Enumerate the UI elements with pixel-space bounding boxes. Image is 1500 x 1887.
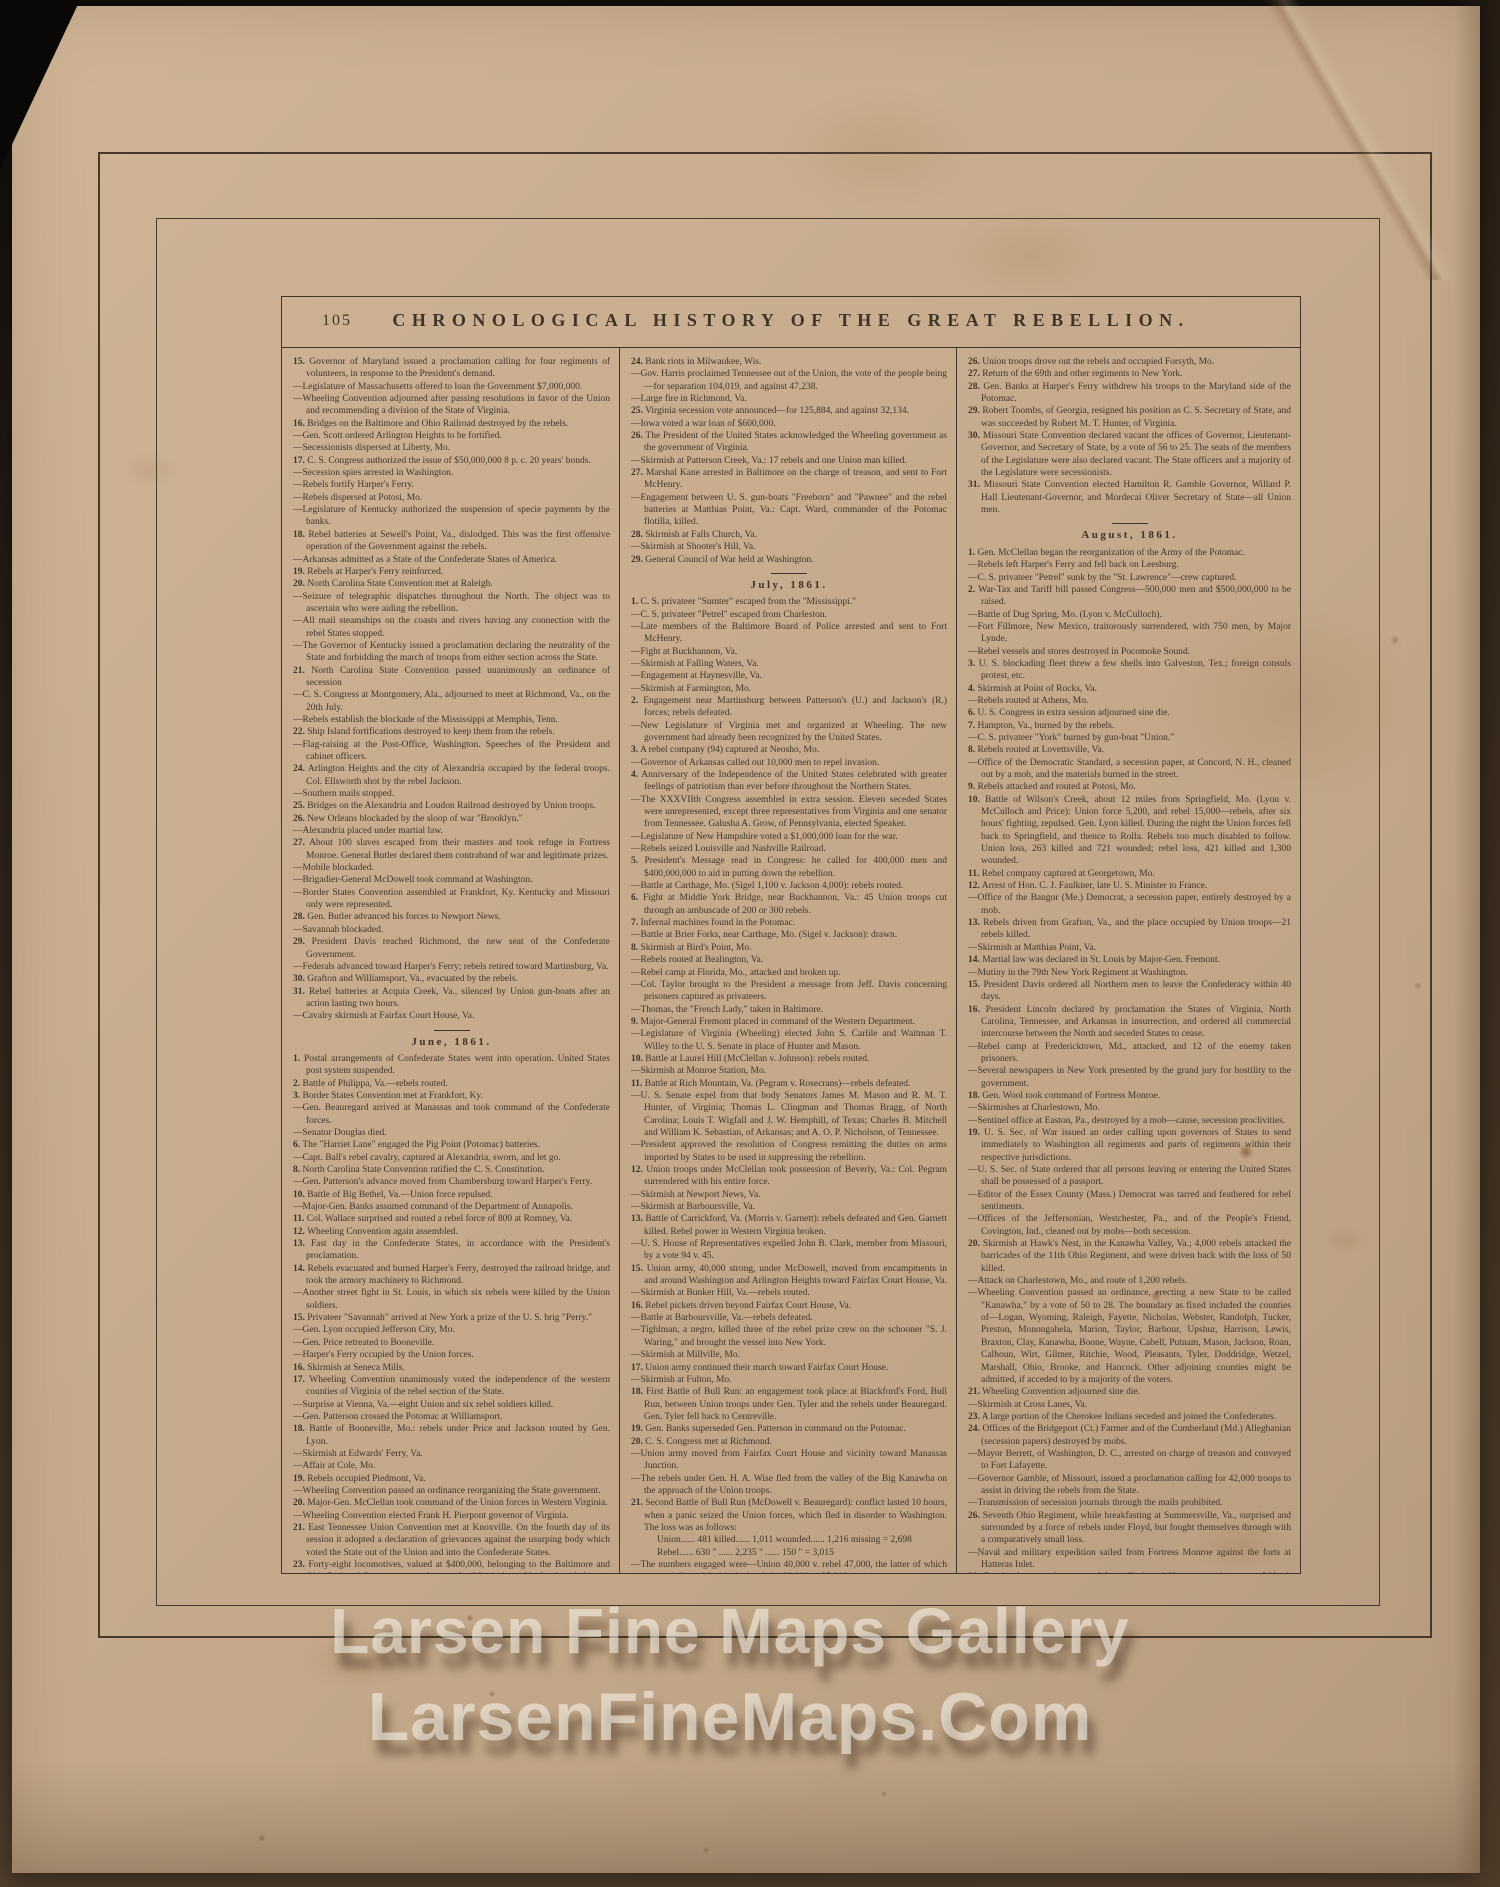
chronicle-entry: —Skirmish at Monroe Station, Mo. — [631, 1065, 947, 1077]
chronicle-entry: 10. Battle of Big Bethel, Va.—Union forc… — [293, 1189, 610, 1201]
chronicle-entry: —Mutiny in the 79th New York Regiment at… — [968, 967, 1291, 979]
chronicle-entry: 15. Privateer "Savannah" arrived at New … — [293, 1312, 610, 1324]
chronicle-entry: 5. President's Message read in Congress:… — [631, 855, 947, 880]
chronicle-entry: 10. Battle at Laurel Hill (McClellan v. … — [631, 1053, 947, 1065]
chronicle-entry: —C. S. Congress at Montgomery, Ala., adj… — [293, 689, 610, 714]
chronicle-entry: —Tighlman, a negro, killed three of the … — [631, 1324, 947, 1349]
chronicle-entry: —Senator Douglas died. — [293, 1127, 610, 1139]
chronicle-entry: —Rebels left Harper's Ferry and fell bac… — [968, 559, 1291, 571]
chronicle-entry: —Major-Gen. Banks assumed command of the… — [293, 1201, 610, 1213]
chronicle-entry: —Another street fight in St. Louis, in w… — [293, 1287, 610, 1312]
chronicle-entry: —Gen. Lyon occupied Jefferson City, Mo. — [293, 1324, 610, 1336]
chronicle-entry: 15. Union army, 40,000 strong, under McD… — [631, 1263, 947, 1288]
chronicle-entry: 31. Rebel batteries at Acquia Creek, Va.… — [293, 986, 610, 1011]
chronicle-entry: —C. S. privateer "Petrel" escaped from C… — [631, 609, 947, 621]
chronicle-entry: —Wheeling Convention passed an ordinance… — [293, 1485, 610, 1497]
chronicle-entry: 3. U. S. blockading fleet threw a few sh… — [968, 658, 1291, 683]
chronicle-entry: —Southern mails stopped. — [293, 788, 610, 800]
chronicle-entry: —Legislature of New Hampshire voted a $1… — [631, 831, 947, 843]
chronicle-entry: 21. East Tennessee Union Convention met … — [293, 1522, 610, 1559]
masthead: 105 CHRONOLOGICAL HISTORY OF THE GREAT R… — [282, 297, 1300, 348]
chronicle-entry: —Rebels establish the blockade of the Mi… — [293, 714, 610, 726]
chronicle-entry: —Rebels routed at Bealington, Va. — [631, 954, 947, 966]
chronicle-entry: —Brigadier-General McDowell took command… — [293, 874, 610, 886]
chronicle-entry: —Engagement between U. S. gun-boats "Fre… — [631, 492, 947, 529]
chronicle-entry: 4. Anniversary of the Independence of th… — [631, 769, 947, 794]
chronicle-entry: —C. S. privateer "Petrel" sunk by the "S… — [968, 572, 1291, 584]
chronicle-entry: 26. New Orleans blockaded by the sloop o… — [293, 813, 610, 825]
chronicle-entry: —Naval and military expedition sailed fr… — [968, 1547, 1291, 1572]
chronicle-entry: —Gen. Patterson crossed the Potomac at W… — [293, 1411, 610, 1423]
chronicle-entry: —Sentinel office at Easton, Pa., destroy… — [968, 1115, 1291, 1127]
chronicle-entry: 7. Infernal machines found in the Potoma… — [631, 917, 947, 929]
chronicle-entry: —Alexandria placed under martial law. — [293, 825, 610, 837]
chronicle-entry: —Engagement at Haynesville, Va. — [631, 670, 947, 682]
month-heading: June, 1861. — [293, 1030, 610, 1048]
chronicle-entry: —Secession spies arrested in Washington. — [293, 467, 610, 479]
chronicle-entry: —Battle at Barboursville, Va.—rebels def… — [631, 1312, 947, 1324]
chronicle-entry: 13. Battle of Carrickford, Va. (Morris v… — [631, 1213, 947, 1238]
chronicle-entry: —The Governor of Kentucky issued a procl… — [293, 640, 610, 665]
chronicle-entry: 16. Bridges on the Baltimore and Ohio Ra… — [293, 418, 610, 430]
chronicle-entry: 1. Gen. McClellan began the reorganizati… — [968, 547, 1291, 559]
chronicle-entry: —Rebels dispersed at Potosi, Mo. — [293, 492, 610, 504]
chronicle-entry: 24. Arlington Heights and the city of Al… — [293, 763, 610, 788]
chronicle-entry: 8. North Carolina State Convention ratif… — [293, 1164, 610, 1176]
chronicle-entry: —Gen. Patterson's advance moved from Cha… — [293, 1176, 610, 1188]
chronicle-entry: 30. Missouri State Convention declared v… — [968, 430, 1291, 479]
chronicle-entry: 15. President Davis ordered all Northern… — [968, 979, 1291, 1004]
chronicle-entry: 11. Col. Wallace surprised and routed a … — [293, 1213, 610, 1225]
chronicle-entry: —Cavalry skirmish at Fairfax Court House… — [293, 1010, 610, 1022]
chronicle-entry: 26. The President of the United States a… — [631, 430, 947, 455]
chronicle-entry: 19. Rebels occupied Piedmont, Va. — [293, 1473, 610, 1485]
scanned-atlas-page: 105 CHRONOLOGICAL HISTORY OF THE GREAT R… — [0, 0, 1500, 1887]
chronicle-entry: 20. Skirmish at Hawk's Nest, in the Kana… — [968, 1238, 1291, 1275]
chronicle-entry: —Wheeling Convention elected Frank H. Pi… — [293, 1510, 610, 1522]
chronicle-entry: 6. Fight at Middle York Bridge, near Buc… — [631, 892, 947, 917]
chronicle-entry: 18. Rebel batteries at Sewell's Point, V… — [293, 529, 610, 554]
chronicle-entry: 26. Seventh Ohio Regiment, while breakfa… — [968, 1510, 1291, 1547]
chronicle-entry: 3. Border States Convention met at Frank… — [293, 1090, 610, 1102]
chronicle-entry: —Skirmish at Cross Lanes, Va. — [968, 1399, 1291, 1411]
chronicle-entry: —Attack on Charlestown, Mo., and route o… — [968, 1275, 1291, 1287]
chronicle-entry: 31. Missouri State Convention elected Ha… — [968, 479, 1291, 516]
chronicle-entry: 23. Forty-eight locomotives, valued at $… — [293, 1559, 610, 1574]
column-3: 26. Union troops drove out the rebels an… — [957, 348, 1300, 1574]
chronicle-entry: 8. Skirmish at Bird's Point, Mo. — [631, 942, 947, 954]
chronicle-entry: 17. C. S. Congress authorized the issue … — [293, 455, 610, 467]
chronicle-entry: —Rebels routed at Athens, Mo. — [968, 695, 1291, 707]
chronicle-entry: —President approved the resolution of Co… — [631, 1139, 947, 1164]
chronicle-entry: 21. Wheeling Convention adjourned sine d… — [968, 1386, 1291, 1398]
chronicle-entry: —Rebel vessels and stores destroyed in P… — [968, 646, 1291, 658]
chronicle-entry: 8. Rebels routed at Lovettsville, Va. — [968, 744, 1291, 756]
chronicle-entry: 24. Bank riots in Milwaukee, Wis. — [631, 356, 947, 368]
chronicle-entry: —Surprise at Vienna, Va.—eight Union and… — [293, 1399, 610, 1411]
chronicle-entry: 6. U. S. Congress in extra session adjou… — [968, 707, 1291, 719]
chronicle-entry: —Mayor Berrett, of Washington, D. C., ar… — [968, 1448, 1291, 1473]
chronicle-entry: —Arkansas admitted as a State of the Con… — [293, 554, 610, 566]
chronicle-entry: 30. Grafton and Williamsport, Va., evacu… — [293, 973, 610, 985]
chronicle-entry: —Fort Fillmore, New Mexico, traitorously… — [968, 621, 1291, 646]
chronicle-entry: —Gov. Harris proclaimed Tennessee out of… — [631, 368, 947, 393]
chronicle-entry: Union...... 481 killed...... 1,011 wound… — [631, 1534, 947, 1546]
chronicle-entry: —Skirmish at Fulton, Mo. — [631, 1374, 947, 1386]
chronicle-entry: —The XXXVIIth Congress assembled in extr… — [631, 794, 947, 831]
chronicle-entry: —Skirmish at Falling Waters, Va. — [631, 658, 947, 670]
chronicle-entry: 3. A rebel company (94) captured at Neos… — [631, 744, 947, 756]
chronicle-entry: —Transmission of secession journals thro… — [968, 1497, 1291, 1509]
chronicle-entry: —Offices of the Jeffersonian, Westcheste… — [968, 1213, 1291, 1238]
chronicle-entry: 29. President Davis reached Richmond, th… — [293, 936, 610, 961]
chronicle-entry: —Gen. Scott ordered Arlington Heights to… — [293, 430, 610, 442]
text-block: 105 CHRONOLOGICAL HISTORY OF THE GREAT R… — [281, 296, 1301, 1574]
chronicle-entry: —Fight at Buckhannon, Va. — [631, 646, 947, 658]
chronicle-entry: 22. Ship Island fortifications destroyed… — [293, 726, 610, 738]
chronicle-entry: 17. Union army continued their march tow… — [631, 1362, 947, 1374]
chronicle-entry: 20. C. S. Congress met at Richmond. — [631, 1436, 947, 1448]
chronicle-entry: —Large fire in Richmond, Va. — [631, 393, 947, 405]
chronicle-entry: 11. Battle at Rich Mountain, Va. (Pegram… — [631, 1078, 947, 1090]
chronicle-entry: —Seizure of telegraphic dispatches throu… — [293, 591, 610, 616]
chronicle-entry: 28. Skirmish at Falls Church, Va. — [631, 529, 947, 541]
chronicle-entry: 10. Battle of Wilson's Creek, about 12 m… — [968, 794, 1291, 868]
chronicle-entry: —Legislature of Kentucky authorized the … — [293, 504, 610, 529]
column-1: 15. Governor of Maryland issued a procla… — [282, 348, 619, 1574]
chronicle-entry: 18. Battle of Booneville, Mo.: rebels un… — [293, 1423, 610, 1448]
chronicle-entry: —Skirmish at Newport News, Va. — [631, 1189, 947, 1201]
chronicle-entry: —Legislature of Massachusetts offered to… — [293, 381, 610, 393]
chronicle-entry: 19. Gen. Banks superseded Gen. Patterson… — [631, 1423, 947, 1435]
chronicle-entry: —Skirmish at Shooter's Hill, Va. — [631, 541, 947, 553]
chronicle-entry: 23. A large portion of the Cherokee Indi… — [968, 1411, 1291, 1423]
month-heading: July, 1861. — [631, 573, 947, 591]
chronicle-entry: —Border States Convention assembled at F… — [293, 887, 610, 912]
chronicle-entry: —Editor of the Essex County (Mass.) Demo… — [968, 1189, 1291, 1214]
chronicle-entry: —Skirmish at Farmington, Mo. — [631, 683, 947, 695]
chronicle-entry: —Union army moved from Fairfax Court Hou… — [631, 1448, 947, 1473]
chronicle-entry: 2. War-Tax and Tariff bill passed Congre… — [968, 584, 1291, 609]
chronicle-entry: —Gen. Beauregard arrived at Manassas and… — [293, 1102, 610, 1127]
chronicle-entry: —Governor Gamble, of Missouri, issued a … — [968, 1473, 1291, 1498]
chronicle-entry: —Secessionists dispersed at Liberty, Mo. — [293, 442, 610, 454]
chronicle-entry: 27. Return of the 69th and other regimen… — [968, 368, 1291, 380]
chronicle-entry: 27. About 100 slaves escaped from their … — [293, 837, 610, 862]
chronicle-entry: 17. Wheeling Convention unanimously vote… — [293, 1374, 610, 1399]
chronicle-entry: —Rebels seized Louisville and Nashville … — [631, 843, 947, 855]
chronicle-entry: 20. North Carolina State Convention met … — [293, 578, 610, 590]
chronicle-entry: 16. Rebel pickets driven beyond Fairfax … — [631, 1300, 947, 1312]
chronicle-entry: 20. Major-Gen. McClellan took command of… — [293, 1497, 610, 1509]
chronicle-entry: 16. Skirmish at Seneca Mills. — [293, 1362, 610, 1374]
chronicle-entry: 28. Gen. Butler advanced his forces to N… — [293, 911, 610, 923]
chronicle-entry: 18. Gen. Wool took command of Fortress M… — [968, 1090, 1291, 1102]
chronicle-entry: —Skirmish at Bunker Hill, Va.—rebels rou… — [631, 1287, 947, 1299]
chronicle-entry: —Mobile blockaded. — [293, 862, 610, 874]
chronicle-entry: 11. Rebel company captured at Georgetown… — [968, 868, 1291, 880]
chronicle-entry: 13. Fast day in the Confederate States, … — [293, 1238, 610, 1263]
chronicle-entry: —Office of the Bangor (Me.) Democrat, a … — [968, 892, 1291, 917]
chronicle-entry: —Skirmish at Patterson Creek, Va.: 17 re… — [631, 455, 947, 467]
chronicle-entry: —Governor of Arkansas called out 10,000 … — [631, 757, 947, 769]
chronicle-entry: 27. Marshal Kane arrested in Baltimore o… — [631, 467, 947, 492]
chronicle-entry: —Gen. Price retreated to Booneville. — [293, 1337, 610, 1349]
chronicle-entry: 7. Hampton, Va., burned by the rebels. — [968, 720, 1291, 732]
chronicle-entry: —Skirmishes at Charlestown, Mo. — [968, 1102, 1291, 1114]
chronicle-entry: 2. Engagement near Martinsburg between P… — [631, 695, 947, 720]
chronicle-entry: —Legislature of Virginia (Wheeling) elec… — [631, 1028, 947, 1053]
chronicle-entry: 25. Virginia secession vote announced—fo… — [631, 405, 947, 417]
chronicle-entry: 28. Bombardment and capture of forts Cla… — [968, 1571, 1291, 1574]
chronicle-entry: —Savannah blockaded. — [293, 924, 610, 936]
chronicle-entry: —Wheeling Convention passed an ordinance… — [968, 1287, 1291, 1386]
chronicle-entry: —U. S. House of Representatives expelled… — [631, 1238, 947, 1263]
chronicle-entry: 21. North Carolina State Convention pass… — [293, 665, 610, 690]
chronicle-entry: —Flag-raising at the Post-Office, Washin… — [293, 739, 610, 764]
chronicle-entry: —Capt. Ball's rebel cavalry, captured at… — [293, 1152, 610, 1164]
chronicle-entry: 26. Union troops drove out the rebels an… — [968, 356, 1291, 368]
chronicle-entry: —Affair at Cole, Mo. — [293, 1460, 610, 1472]
chronicle-entry: —Iowa voted a war loan of $600,000. — [631, 418, 947, 430]
chronicle-entry: 25. Bridges on the Alexandria and Loudon… — [293, 800, 610, 812]
chronicle-entry: 9. Major-General Fremont placed in comma… — [631, 1016, 947, 1028]
chronicle-entry: 29. General Council of War held at Washi… — [631, 554, 947, 566]
chronicle-entry: —Wheeling Convention adjourned after pas… — [293, 393, 610, 418]
chronicle-entry: —Skirmish at Barboursville, Va. — [631, 1201, 947, 1213]
chronicle-entry: —U. S. Senate expel from that body Senat… — [631, 1090, 947, 1139]
chronicle-entry: 12. Arrest of Hon. C. J. Faulkner, late … — [968, 880, 1291, 892]
chronicle-entry: —Rebels fortify Harper's Ferry. — [293, 479, 610, 491]
chronicle-entry: 29. Robert Toombs, of Georgia, resigned … — [968, 405, 1291, 430]
chronicle-entry: —Thomas, the "French Lady," taken in Bal… — [631, 1004, 947, 1016]
chronicle-entry: —Skirmish at Millville, Mo. — [631, 1349, 947, 1361]
chronicle-entry: 9. Rebels attacked and routed at Potosi,… — [968, 781, 1291, 793]
chronicle-entry: —Rebel camp at Florida, Mo., attacked an… — [631, 967, 947, 979]
chronicle-entry: 19. Rebels at Harper's Ferry reinforced. — [293, 566, 610, 578]
chronicle-entry: 28. Gen. Banks at Harper's Ferry withdre… — [968, 381, 1291, 406]
chronicle-entry: —Office of the Democratic Standard, a se… — [968, 757, 1291, 782]
chronicle-entry: 13. Rebels driven from Grafton, Va., and… — [968, 917, 1291, 942]
chronicle-entry: —U. S. Sec. of State ordered that all pe… — [968, 1164, 1291, 1189]
chronicle-entry: —Skirmish at Matthias Point, Va. — [968, 942, 1291, 954]
columns-container: 15. Governor of Maryland issued a procla… — [282, 348, 1300, 1574]
chronicle-entry: —All mail steamships on the coasts and r… — [293, 615, 610, 640]
chronicle-entry: —The numbers engaged were—Union 40,000 v… — [631, 1559, 947, 1574]
chronicle-entry: —Late members of the Baltimore Board of … — [631, 621, 947, 646]
chronicle-entry: —C. S. privateer "York" burned by gun-bo… — [968, 732, 1291, 744]
chronicle-entry: 14. Rebels evacuated and burned Harper's… — [293, 1263, 610, 1288]
chronicle-entry: —Skirmish at Edwards' Ferry, Va. — [293, 1448, 610, 1460]
chronicle-entry: —Federals advanced toward Harper's Ferry… — [293, 961, 610, 973]
chronicle-entry: 2. Battle of Philippa, Va.—rebels routed… — [293, 1078, 610, 1090]
page-title: CHRONOLOGICAL HISTORY OF THE GREAT REBEL… — [282, 310, 1300, 331]
chronicle-entry: 16. President Lincoln declared by procla… — [968, 1004, 1291, 1041]
chronicle-entry: 12. Union troops under McClellan took po… — [631, 1164, 947, 1189]
column-2: 24. Bank riots in Milwaukee, Wis.—Gov. H… — [619, 348, 957, 1574]
chronicle-entry: —The rebels under Gen. H. A. Wise fled f… — [631, 1473, 947, 1498]
chronicle-entry: 14. Martial law was declared in St. Loui… — [968, 954, 1291, 966]
chronicle-entry: 19. U. S. Sec. of War issued an order ca… — [968, 1127, 1291, 1164]
chronicle-entry: —Battle of Dug Spring, Mo. (Lyon v. McCu… — [968, 609, 1291, 621]
chronicle-entry: —Several newspapers in New York presente… — [968, 1065, 1291, 1090]
chronicle-entry: 1. C. S. privateer "Sumter" escaped from… — [631, 596, 947, 608]
chronicle-entry: —Battle at Brier Forks, near Carthage, M… — [631, 929, 947, 941]
chronicle-entry: 4. Skirmish at Point of Rocks, Va. — [968, 683, 1291, 695]
chronicle-entry: —Harper's Ferry occupied by the Union fo… — [293, 1349, 610, 1361]
chronicle-entry: Rebel...... 630 " ...... 2,235 " ...... … — [631, 1547, 947, 1559]
month-heading: August, 1861. — [968, 523, 1291, 541]
chronicle-entry: —Rebel camp at Fredericktown, Md., attac… — [968, 1041, 1291, 1066]
chronicle-entry: 6. The "Harriet Lane" engaged the Pig Po… — [293, 1139, 610, 1151]
chronicle-entry: —Col. Taylor brought to the President a … — [631, 979, 947, 1004]
chronicle-entry: 15. Governor of Maryland issued a procla… — [293, 356, 610, 381]
chronicle-entry: 21. Second Battle of Bull Run (McDowell … — [631, 1497, 947, 1534]
chronicle-entry: 24. Offices of the Bridgeport (Ct.) Farm… — [968, 1423, 1291, 1448]
chronicle-entry: 1. Postal arrangements of Confederate St… — [293, 1053, 610, 1078]
chronicle-entry: —Battle at Carthage, Mo. (Sigel 1,100 v.… — [631, 880, 947, 892]
chronicle-entry: 12. Wheeling Convention again assembled. — [293, 1226, 610, 1238]
chronicle-entry: —New Legislature of Virginia met and org… — [631, 720, 947, 745]
chronicle-entry: 18. First Battle of Bull Run: an engagem… — [631, 1386, 947, 1423]
